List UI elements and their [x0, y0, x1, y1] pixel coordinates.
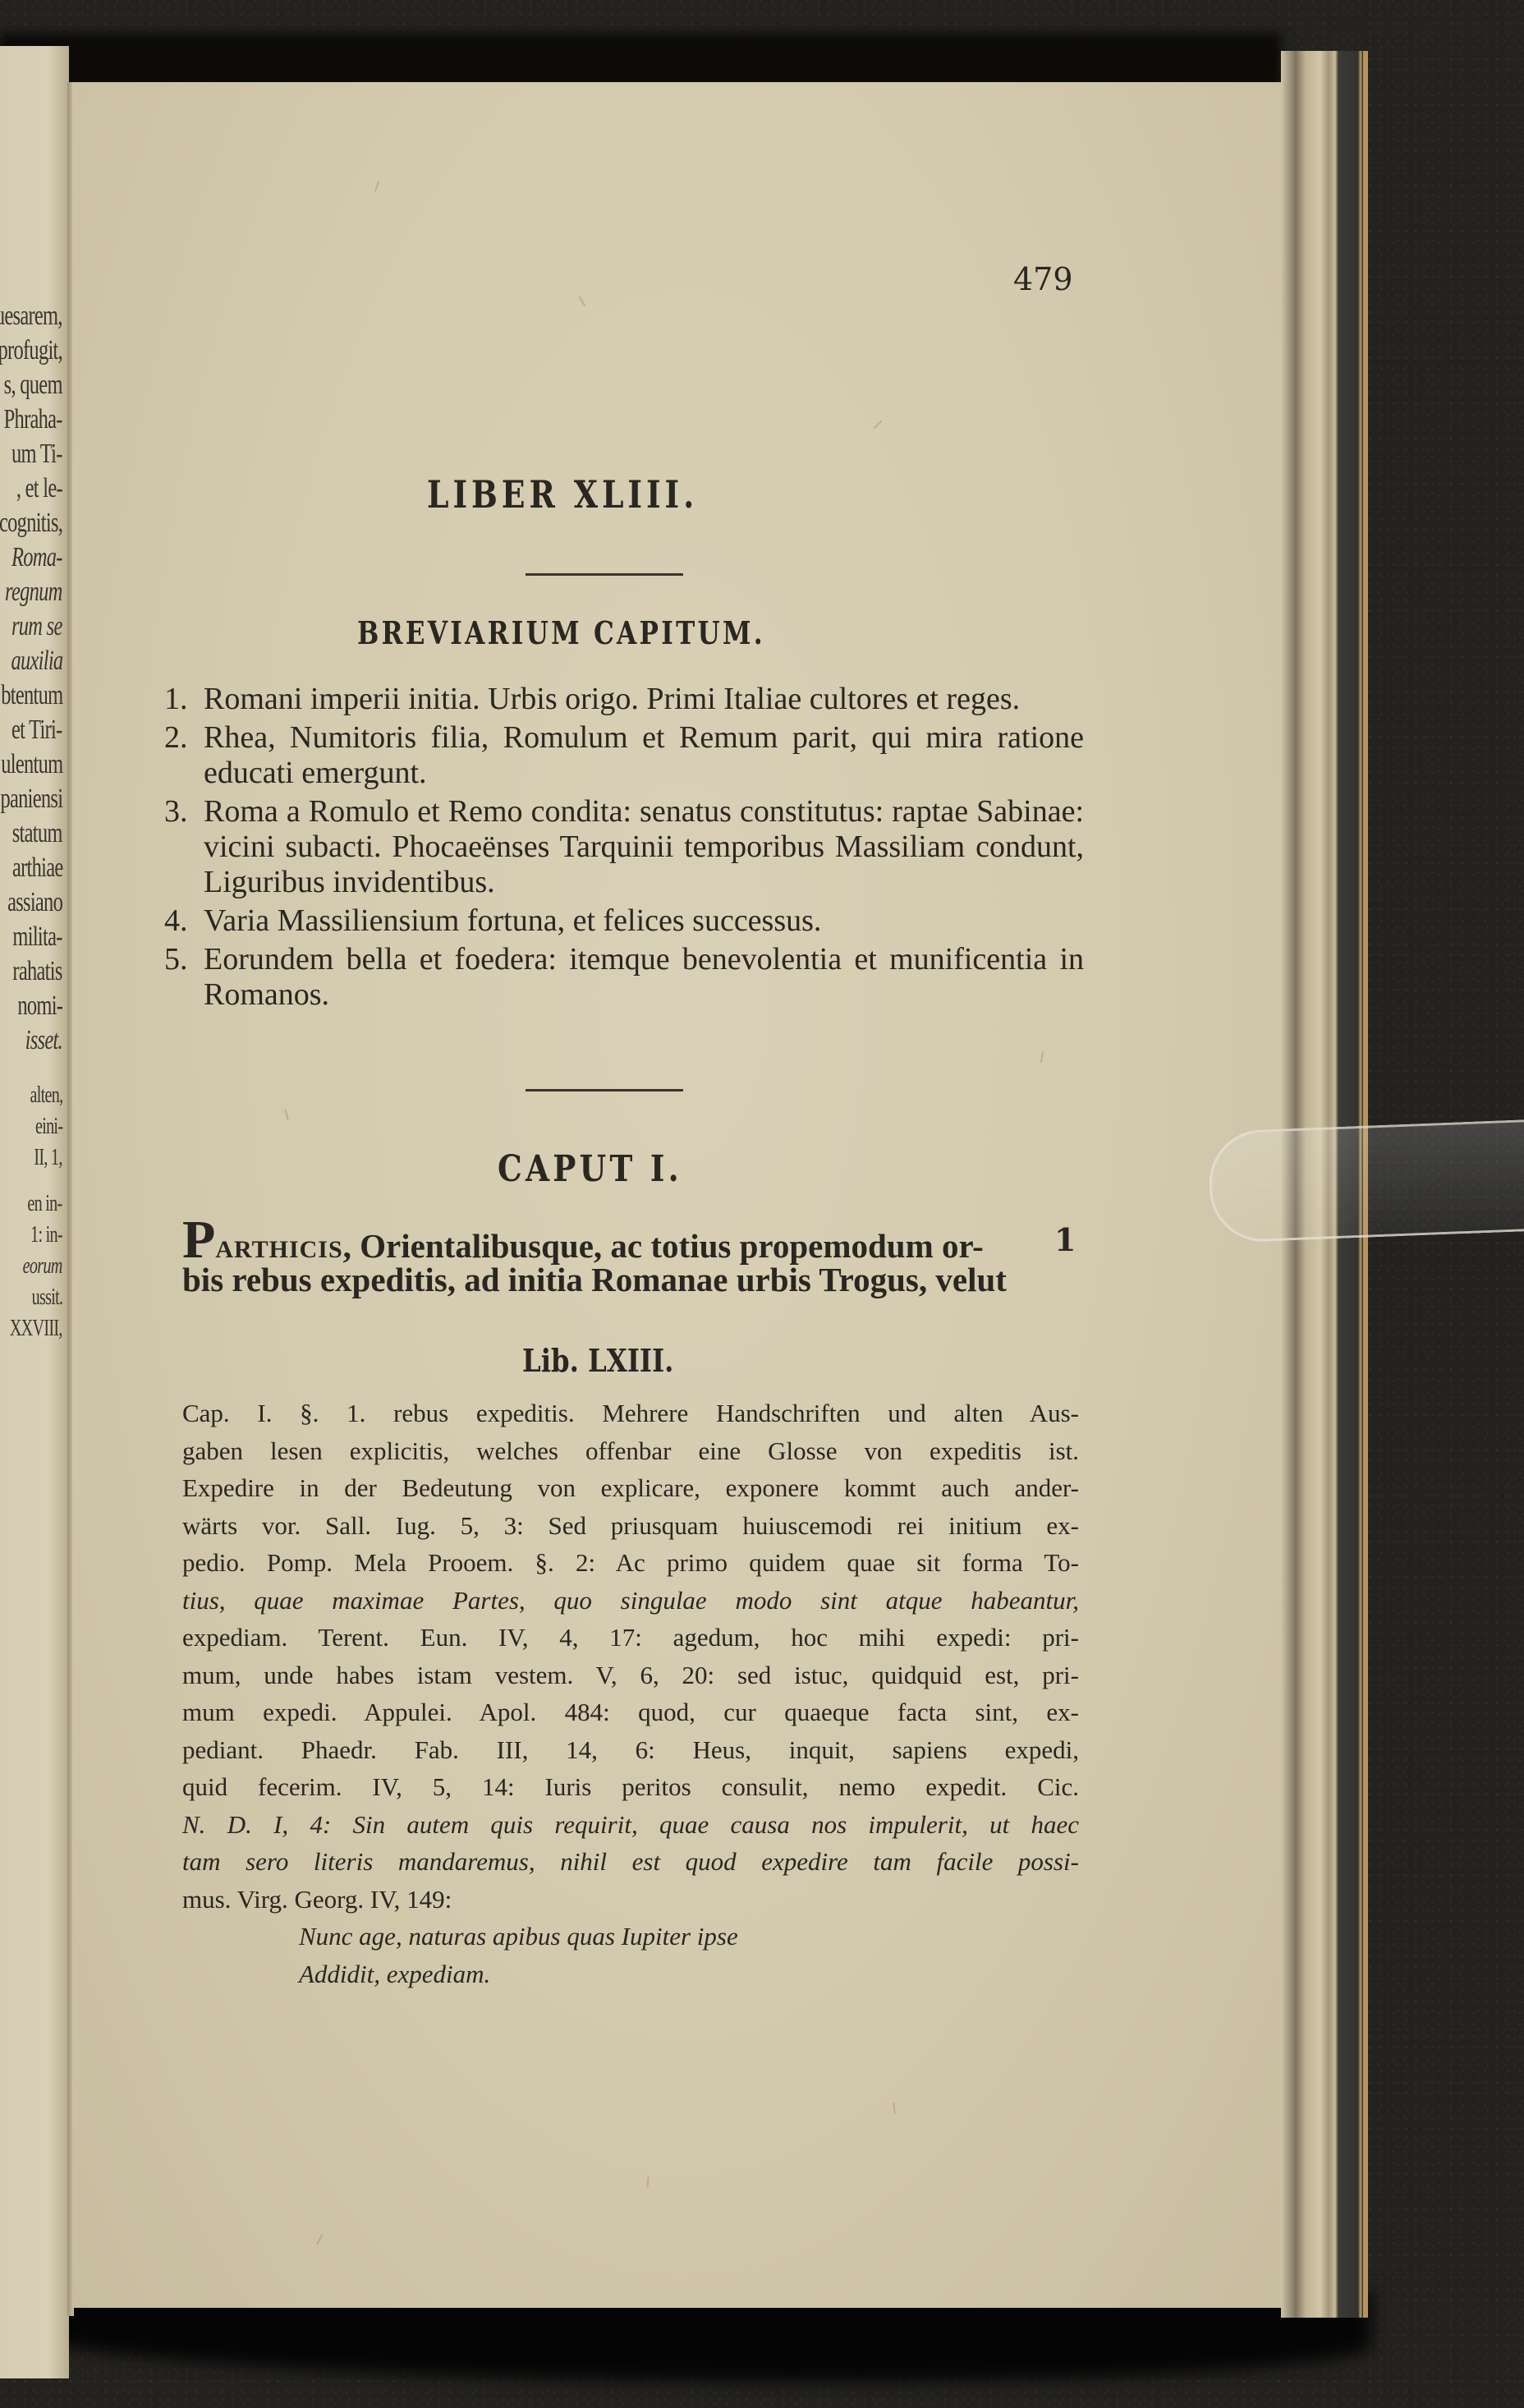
page-number: 479 — [1013, 261, 1073, 297]
summary-item-text: Varia Massiliensium fortuna, et felices … — [204, 903, 1084, 939]
summary-item-number: 1. — [164, 682, 188, 717]
summary-item-text: Rhea, Numitoris filia, Romulum et Remum … — [204, 720, 1084, 791]
facing-line: profugit, — [0, 335, 62, 366]
facing-line: ulentum — [1, 749, 62, 780]
summary-item-text: Roma a Romulo et Remo condita: senatus c… — [204, 794, 1084, 900]
book-title: LIBER XLIII. — [427, 472, 698, 517]
summary-item: 2. Rhea, Numitoris filia, Romulum et Rem… — [164, 720, 1084, 791]
facing-line: um Ti- — [11, 439, 62, 470]
facing-line: statum — [12, 818, 62, 849]
note-line: quid fecerim. IV, 5, 14: Iuris peritos c… — [182, 1768, 1079, 1806]
summary-item-number: 4. — [164, 903, 188, 939]
facing-line: auxilia — [11, 646, 62, 677]
note-line: mum expedi. Appulei. Apol. 484: quod, cu… — [182, 1693, 1079, 1731]
chapter-summary-list: 1. Romani imperii initia. Urbis origo. P… — [164, 682, 1084, 1016]
summary-item: 5. Eorundem bella et foedera: itemque be… — [164, 942, 1084, 1013]
facing-line: II, 1, — [34, 1145, 62, 1171]
summary-item-text: Romani imperii initia. Urbis origo. Prim… — [204, 682, 1084, 717]
summary-item-number: 3. — [164, 794, 188, 829]
section-number: 1 — [1054, 1221, 1076, 1258]
commentary-notes: Cap. I. §. 1. rebus expeditis. Mehrere H… — [182, 1395, 1079, 1992]
paper-fiber — [374, 181, 380, 192]
summary-item-text: Eorundem bella et foedera: itemque benev… — [204, 942, 1084, 1013]
summary-item: 1. Romani imperii initia. Urbis origo. P… — [164, 682, 1084, 717]
facing-line: rum se — [11, 611, 62, 642]
verse-line: Nunc age, naturas apibus quas Iupiter ip… — [182, 1918, 1079, 1955]
facing-line: regnum — [5, 577, 62, 608]
note-line: expediam. Terent. Eun. IV, 4, 17: agedum… — [182, 1619, 1079, 1657]
paper-fiber — [893, 2102, 896, 2114]
verse-line: Addidit, expediam. — [182, 1955, 1079, 1993]
summary-item-number: 2. — [164, 720, 188, 756]
facing-page-fragment: uesarem, profugit, s, quem Phraha- um Ti… — [0, 46, 69, 2378]
facing-line: isset. — [25, 1025, 62, 1056]
note-line: tam sero literis mandaremus, nihil est q… — [182, 1843, 1079, 1881]
divider-rule — [526, 573, 683, 576]
facing-line: Phraha- — [4, 404, 62, 435]
facing-line: paniensi — [0, 784, 62, 815]
summary-heading: BREVIARIUM CAPITUM. — [357, 614, 765, 651]
paper-fiber — [316, 2234, 324, 2245]
paper-fiber — [646, 2176, 649, 2188]
notes-heading: Lib. LXIII. — [522, 1342, 673, 1379]
facing-line: 1: in- — [30, 1222, 62, 1248]
facing-line: cognitis, — [0, 508, 62, 539]
facing-line: XXVIII, — [10, 1316, 62, 1342]
facing-line: milita- — [13, 921, 62, 953]
note-line: pedio. Pomp. Mela Prooem. §. 2: Ac primo… — [182, 1544, 1079, 1582]
paper-fiber — [284, 1109, 289, 1120]
facing-line: rahatis — [13, 956, 62, 987]
facing-line: Roma- — [11, 542, 62, 573]
facing-line: assiano — [7, 887, 62, 918]
facing-line: en in- — [28, 1191, 62, 1217]
paper-fiber — [579, 296, 586, 306]
glass-page-weight — [1207, 1119, 1524, 1243]
chapter-heading: CAPUT I. — [498, 1148, 682, 1190]
summary-item-number: 5. — [164, 942, 188, 977]
facing-line: s, quem — [4, 370, 62, 401]
summary-item: 3. Roma a Romulo et Remo condita: senatu… — [164, 794, 1084, 900]
facing-line: et Tiri- — [11, 715, 62, 746]
divider-rule — [526, 1089, 683, 1091]
facing-line: alten, — [30, 1082, 62, 1109]
facing-line: eini- — [35, 1114, 62, 1140]
facing-line: uesarem, — [0, 301, 62, 332]
facing-line: ussit. — [31, 1284, 62, 1311]
paper-fiber — [873, 420, 882, 429]
note-line: gaben lesen explicitis, welches offenbar… — [182, 1432, 1079, 1470]
note-line: N. D. I, 4: Sin autem quis requirit, qua… — [182, 1806, 1079, 1844]
note-line: Expedire in der Bedeutung von explicare,… — [182, 1469, 1079, 1507]
paper-fiber — [1040, 1051, 1044, 1063]
facing-line: nomi- — [17, 990, 62, 1022]
note-line: mum, unde habes istam vestem. V, 6, 20: … — [182, 1657, 1079, 1694]
note-line: pediant. Phaedr. Fab. III, 14, 6: Heus, … — [182, 1731, 1079, 1769]
chapter-line-2: bis rebus expeditis, ad initia Romanae u… — [182, 1260, 1007, 1299]
facing-line: , et le- — [16, 473, 62, 504]
note-line: Cap. I. §. 1. rebus expeditis. Mehrere H… — [182, 1395, 1079, 1432]
note-line: wärts vor. Sall. Iug. 5, 3: Sed priusqua… — [182, 1507, 1079, 1545]
note-line: mus. Virg. Georg. IV, 149: — [182, 1881, 1079, 1919]
facing-line: btentum — [1, 680, 62, 711]
note-line: tius, quae maximae Partes, quo singulae … — [182, 1582, 1079, 1620]
summary-item: 4. Varia Massiliensium fortuna, et felic… — [164, 903, 1084, 939]
facing-line: eorum — [23, 1253, 62, 1280]
facing-line: arthiae — [11, 852, 62, 884]
